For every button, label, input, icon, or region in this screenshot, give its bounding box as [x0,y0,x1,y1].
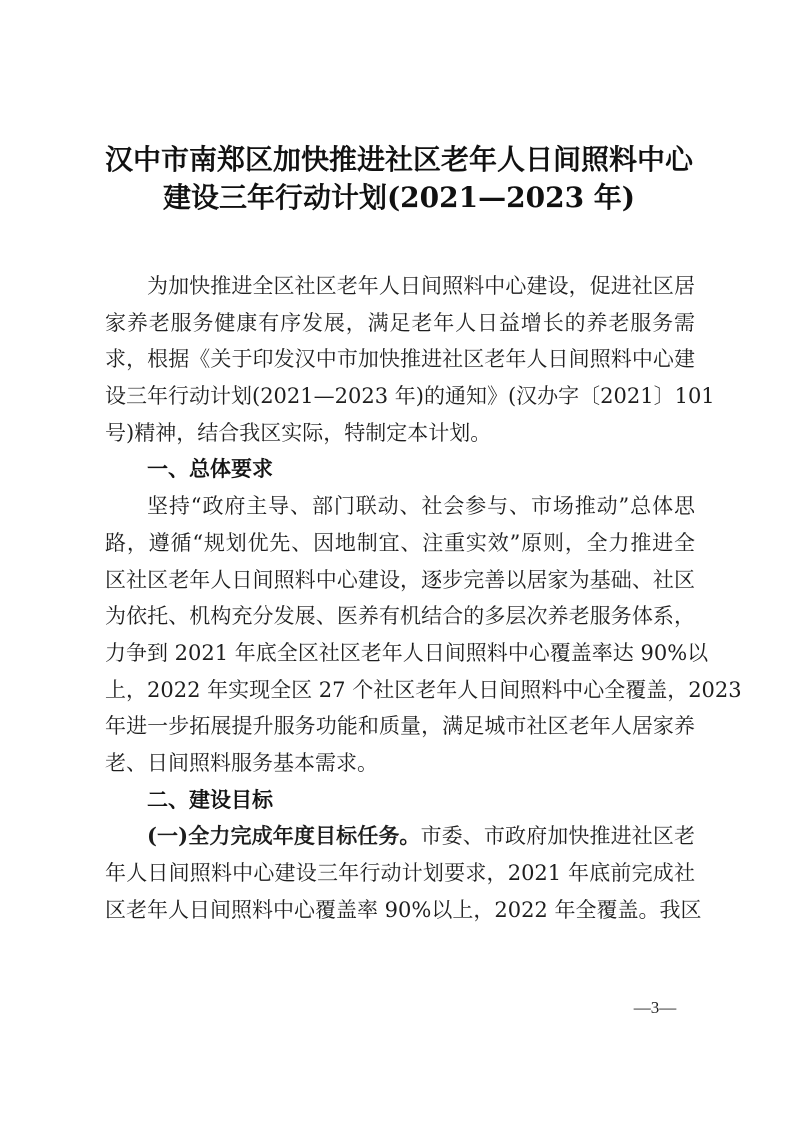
page-number: —3— [620,998,690,1018]
paragraph-line: 上，2022 年实现全区 27 个社区老年人日间照料中心全覆盖，2023 [105,672,695,709]
paragraph-line: 为加快推进全区社区老年人日间照料中心建设，促进社区居 [105,268,695,305]
paragraph-line: (一)全力完成年度目标任务。市委、市政府加快推进社区老 [105,818,695,855]
document-title-line-2: 建设三年行动计划(2021—2023 年) [100,179,698,217]
paragraph-line: 设三年行动计划(2021—2023 年)的通知》(汉办字〔2021〕101 [105,378,695,415]
subsection-lead: (一)全力完成年度目标任务。 [147,823,421,848]
paragraph-line: 号)精神，结合我区实际，特制定本计划。 [105,415,695,452]
paragraph-line: 年人日间照料中心建设三年行动计划要求，2021 年底前完成社 [105,855,695,892]
paragraph-line: 力争到 2021 年底全区社区老年人日间照料中心覆盖率达 90%以 [105,635,695,672]
paragraph-text: 市委、市政府加快推进社区老 [421,824,695,848]
document-page: 汉中市南郑区加快推进社区老年人日间照料中心 建设三年行动计划(2021—2023… [0,0,793,1122]
paragraph-line: 家养老服务健康有序发展，满足老年人日益增长的养老服务需 [105,305,695,342]
paragraph-line: 路，遵循“规划优先、因地制宜、注重实效”原则，全力推进全 [105,525,695,562]
section-heading-general-requirements: 一、总体要求 [105,451,695,488]
paragraph-line: 老、日间照料服务基本需求。 [105,745,695,782]
paragraph-line: 求，根据《关于印发汉中市加快推进社区老年人日间照料中心建 [105,341,695,378]
paragraph-line: 年进一步拓展提升服务功能和质量，满足城市社区老年人居家养 [105,708,695,745]
paragraph-line: 坚持“政府主导、部门联动、社会参与、市场推动”总体思 [105,488,695,525]
document-body: 为加快推进全区社区老年人日间照料中心建设，促进社区居 家养老服务健康有序发展，满… [105,268,695,928]
paragraph-line: 区社区老年人日间照料中心建设，逐步完善以居家为基础、社区 [105,562,695,599]
document-title-line-1: 汉中市南郑区加快推进社区老年人日间照料中心 [100,141,698,179]
paragraph-line: 为依托、机构充分发展、医养有机结合的多层次养老服务体系， [105,598,695,635]
paragraph-line: 区老年人日间照料中心覆盖率 90%以上，2022 年全覆盖。我区 [105,892,695,929]
section-heading-construction-goals: 二、建设目标 [105,782,695,819]
